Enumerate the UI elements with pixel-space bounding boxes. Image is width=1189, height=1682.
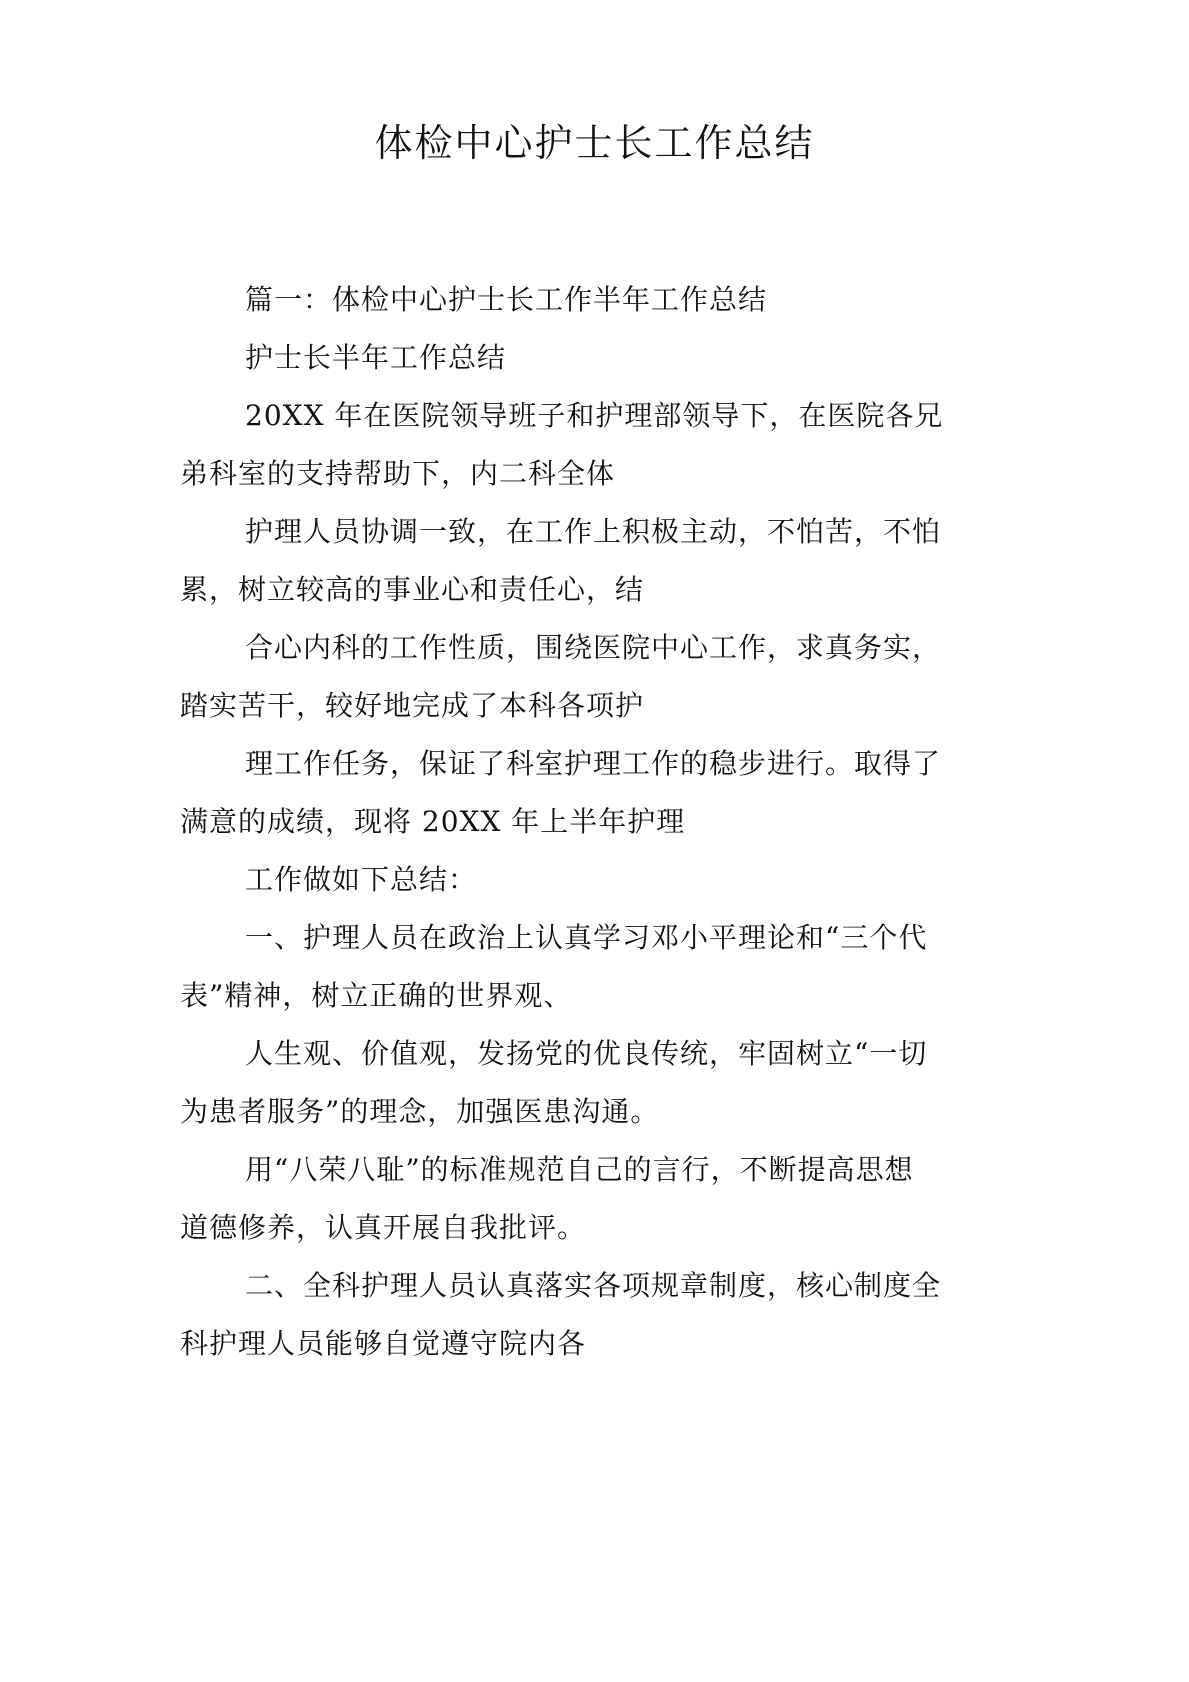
- paragraph-line: 工作做如下总结：: [245, 862, 477, 898]
- paragraph-line: 理工作任务，保证了科室护理工作的稳步进行。取得了: [245, 746, 941, 782]
- paragraph-line: 一、护理人员在政治上认真学习邓小平理论和“三个代: [245, 920, 927, 956]
- paragraph-line: 合心内科的工作性质，围绕医院中心工作，求真务实，: [245, 630, 941, 666]
- paragraph-line: 二、全科护理人员认真落实各项规章制度，核心制度全: [245, 1268, 941, 1304]
- paragraph-line: 20XX 年在医院领导班子和护理部领导下，在医院各兄: [245, 398, 943, 434]
- paragraph-heading: 篇一：体检中心护士长工作半年工作总结: [245, 282, 767, 318]
- paragraph-line: 累，树立较高的事业心和责任心，结: [180, 572, 644, 608]
- paragraph-line: 踏实苦干，较好地完成了本科各项护: [180, 688, 644, 724]
- paragraph-line: 人生观、价值观，发扬党的优良传统，牢固树立“一切: [245, 1036, 927, 1072]
- paragraph-line: 科护理人员能够自觉遵守院内各: [180, 1326, 586, 1362]
- paragraph-line: 用“八荣八耻”的标准规范自己的言行，不断提高思想: [245, 1152, 914, 1188]
- paragraph-line: 为患者服务”的理念，加强医患沟通。: [180, 1094, 659, 1130]
- document-title: 体检中心护士长工作总结: [0, 118, 1189, 168]
- paragraph-line: 道德修养，认真开展自我批评。: [180, 1210, 586, 1246]
- paragraph-line: 弟科室的支持帮助下，内二科全体: [180, 456, 615, 492]
- paragraph-subheading: 护士长半年工作总结: [245, 340, 506, 376]
- paragraph-line: 表”精神，树立正确的世界观、: [180, 978, 572, 1014]
- document-page: 体检中心护士长工作总结 篇一：体检中心护士长工作半年工作总结 护士长半年工作总结…: [0, 0, 1189, 1682]
- paragraph-line: 护理人员协调一致，在工作上积极主动，不怕苦，不怕: [245, 514, 941, 550]
- paragraph-line: 满意的成绩，现将 20XX 年上半年护理: [180, 804, 685, 840]
